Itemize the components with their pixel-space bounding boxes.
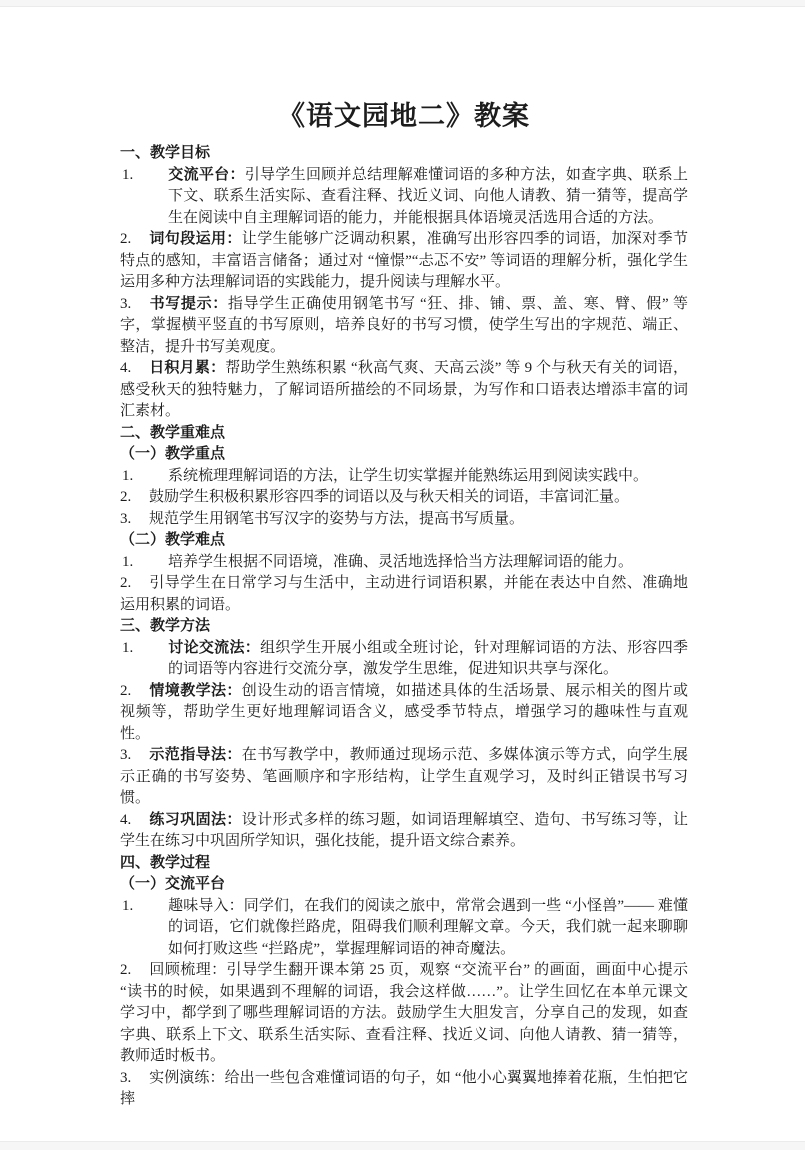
item-text: 规范学生用钢笔书写汉字的姿势与方法，提高书写质量。 — [149, 511, 524, 527]
item-number: 1. — [145, 466, 168, 488]
item-number: 2. — [120, 487, 149, 509]
item-communication-platform: 1.交流平台：引导学生回顾并总结理解难懂词语的多种方法，如查字典、联系上下文、联… — [120, 165, 688, 230]
item-text: 引导学生在日常学习与生活中，主动进行词语积累，并能在表达中自然、准确地运用积累的… — [120, 575, 688, 613]
item-example-practice: 3.实例演练：给出一些包含难懂词语的句子，如 “他小心翼翼地捧着花瓶，生怕把它摔 — [120, 1068, 688, 1111]
item-text: 实例演练：给出一些包含难懂词语的句子，如 “他小心翼翼地捧着花瓶，生怕把它摔 — [120, 1070, 688, 1108]
item-difficult-point-1: 1.培养学生根据不同语境，准确、灵活地选择恰当方法理解词语的能力。 — [120, 552, 688, 574]
item-label: 讨论交流法： — [168, 640, 260, 656]
item-number: 2. — [120, 960, 149, 982]
item-label: 日积月累： — [149, 360, 225, 376]
heading-teaching-objectives: 一、教学目标 — [120, 143, 688, 165]
document-page: { "page": { "title": "《语文园地二》教案", "text_… — [0, 0, 805, 1150]
item-demonstration-method: 3.示范指导法：在书写教学中，教师通过现场示范、多媒体演示等方式，向学生展示正确… — [120, 745, 688, 810]
item-number: 3. — [120, 1068, 149, 1090]
item-number: 3. — [120, 294, 149, 316]
item-difficult-point-2: 2.引导学生在日常学习与生活中，主动进行词语积累，并能在表达中自然、准确地运用积… — [120, 573, 688, 616]
item-label: 示范指导法： — [149, 747, 242, 763]
item-discussion-method: 1.讨论交流法：组织学生开展小组或全班讨论，针对理解词语的方法、形容四季的词语等… — [120, 638, 688, 681]
item-number: 4. — [120, 358, 149, 380]
item-number: 1. — [145, 638, 168, 660]
item-text: 引导学生回顾并总结理解难懂词语的多种方法，如查字典、联系上下文、联系生活实际、查… — [168, 167, 688, 226]
item-text: 趣味导入：同学们，在我们的阅读之旅中，常常会遇到一些 “小怪兽”—— 难懂的词语… — [168, 898, 688, 957]
item-label: 练习巩固法： — [149, 812, 242, 828]
item-number: 1. — [145, 552, 168, 574]
document-body: 《语文园地二》教案 一、教学目标 1.交流平台：引导学生回顾并总结理解难懂词语的… — [0, 0, 805, 1111]
item-fun-introduction: 1.趣味导入：同学们，在我们的阅读之旅中，常常会遇到一些 “小怪兽”—— 难懂的… — [120, 896, 688, 961]
item-number: 2. — [120, 681, 149, 703]
item-text: 培养学生根据不同语境，准确、灵活地选择恰当方法理解词语的能力。 — [168, 554, 633, 570]
page-bottom-edge — [0, 1141, 805, 1150]
item-situational-method: 2.情境教学法：创设生动的语言情境，如描述具体的生活场景、展示相关的图片或视频等… — [120, 681, 688, 746]
item-text: 回顾梳理：引导学生翻开课本第 25 页，观察 “交流平台” 的画面，画面中心提示… — [120, 962, 688, 1064]
heading-key-difficult-points: 二、教学重难点 — [120, 423, 688, 445]
item-label: 词句段运用： — [149, 231, 242, 247]
item-number: 2. — [120, 573, 149, 595]
item-number: 4. — [120, 810, 149, 832]
item-number: 1. — [145, 896, 168, 918]
item-number: 2. — [120, 229, 149, 251]
item-key-point-2: 2.鼓励学生积极积累形容四季的词语以及与秋天相关的词语，丰富词汇量。 — [120, 487, 688, 509]
page-top-edge — [0, 0, 805, 7]
item-key-point-3: 3.规范学生用钢笔书写汉字的姿势与方法，提高书写质量。 — [120, 509, 688, 531]
item-daily-accumulation: 4.日积月累：帮助学生熟练积累 “秋高气爽、天高云淡” 等 9 个与秋天有关的词… — [120, 358, 688, 423]
item-number: 3. — [120, 745, 149, 767]
heading-teaching-methods: 三、教学方法 — [120, 616, 688, 638]
item-label: 情境教学法： — [149, 683, 242, 699]
item-key-point-1: 1.系统梳理理解词语的方法，让学生切实掌握并能熟练运用到阅读实践中。 — [120, 466, 688, 488]
heading-key-points: （一）教学重点 — [120, 444, 688, 466]
item-text: 鼓励学生积极积累形容四季的词语以及与秋天相关的词语，丰富词汇量。 — [149, 489, 629, 505]
item-writing-tips: 3.书写提示：指导学生正确使用钢笔书写 “狂、排、铺、票、盖、寒、臂、假” 等字… — [120, 294, 688, 359]
heading-difficult-points: （二）教学难点 — [120, 530, 688, 552]
item-review-organize: 2.回顾梳理：引导学生翻开课本第 25 页，观察 “交流平台” 的画面，画面中心… — [120, 960, 688, 1068]
heading-teaching-process: 四、教学过程 — [120, 853, 688, 875]
page-title: 《语文园地二》教案 — [120, 96, 688, 136]
item-words-sentences-usage: 2.词句段运用：让学生能够广泛调动积累，准确写出形容四季的词语，加深对季节特点的… — [120, 229, 688, 294]
item-number: 1. — [145, 165, 168, 187]
item-text: 系统梳理理解词语的方法，让学生切实掌握并能熟练运用到阅读实践中。 — [168, 468, 648, 484]
item-label: 交流平台： — [168, 167, 245, 183]
heading-communication-platform-section: （一）交流平台 — [120, 874, 688, 896]
item-label: 书写提示： — [149, 296, 228, 312]
item-number: 3. — [120, 509, 149, 531]
item-practice-method: 4.练习巩固法：设计形式多样的练习题，如词语理解填空、造句、书写练习等，让学生在… — [120, 810, 688, 853]
